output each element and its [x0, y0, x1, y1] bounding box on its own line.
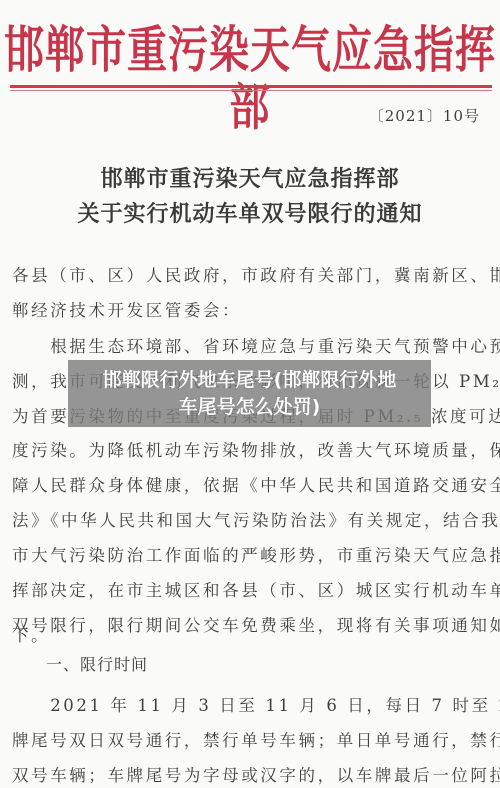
- section-body-line: 2021 年 11 月 3 日至 11 月 6 日，每日 7 时至 20 时，按…: [12, 692, 492, 716]
- red-divider-thick: [10, 85, 492, 88]
- body-line: 郸经济技术开发区管委会：: [12, 297, 492, 321]
- document-page: 邯郸市重污染天气应急指挥部 〔2021〕10号 邯郸市重污染天气应急指挥部 关于…: [0, 0, 500, 788]
- body-line: 市大气污染防治工作面临的严峻形势，市重污染天气应急指: [12, 542, 492, 566]
- red-divider-thin: [10, 90, 492, 91]
- body-line: 根据生态环境部、省环境应急与重污染天气预警中心预: [12, 333, 492, 357]
- body-line-last: 下。: [12, 622, 492, 646]
- body-line: 障人民群众身体健康，依据《中华人民共和国道路交通安全: [12, 472, 492, 496]
- document-number: 〔2021〕10号: [369, 105, 480, 126]
- body-line: 法》《中华人民共和国大气污染防治法》有关规定，结合我: [12, 507, 492, 531]
- section-heading-restriction-time: 一、限行时间: [46, 652, 148, 675]
- section-body-line: 牌尾号双日双号通行，禁行单号车辆；单日单号通行，禁行: [12, 727, 492, 751]
- body-line: 挥部决定，在市主城区和各县（市、区）城区实行机动车单: [12, 577, 492, 601]
- body-line: 度污染。为降低机动车污染物排放，改善大气环境质量，保: [12, 437, 492, 461]
- body-line: 各县（市、区）人民政府，市政府有关部门，冀南新区、邯: [12, 262, 492, 286]
- overlay-title-line-1: 邯郸限行外地车尾号(邯郸限行外地: [103, 367, 397, 394]
- section-body-line: 双号车辆；车牌尾号为字母或汉字的，以车牌最后一位阿拉: [12, 762, 492, 786]
- article-title-overlay: 邯郸限行外地车尾号(邯郸限行外地 车尾号怎么处罚): [68, 360, 431, 427]
- notice-title-line-1: 邯郸市重污染天气应急指挥部: [0, 162, 500, 193]
- notice-title-line-2: 关于实行机动车单双号限行的通知: [0, 197, 500, 228]
- overlay-title-line-2: 车尾号怎么处罚): [179, 394, 321, 421]
